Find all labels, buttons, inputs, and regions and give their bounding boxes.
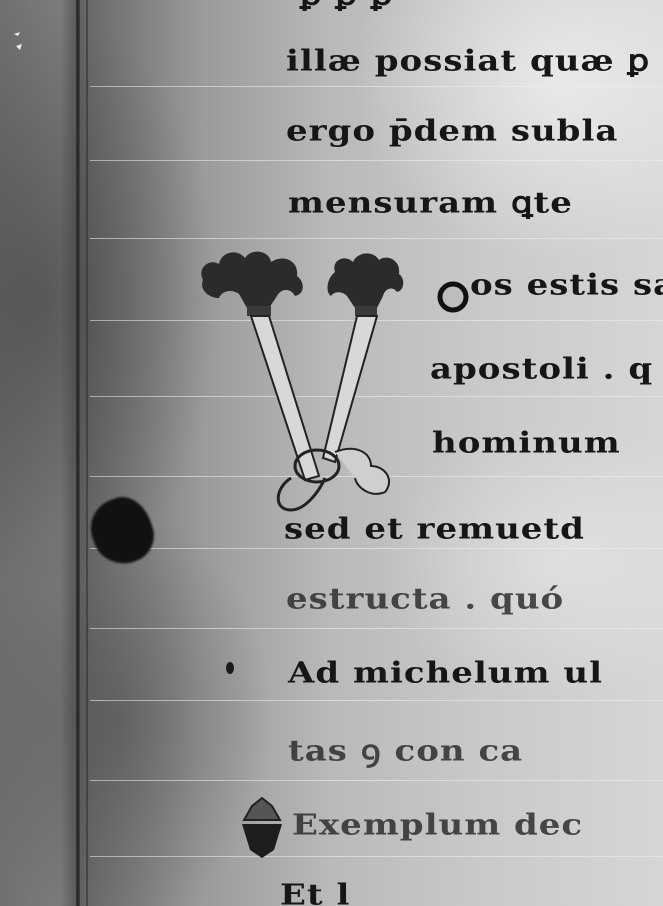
manuscript-line-9: Ad michelum ul (288, 656, 603, 690)
manuscript-line-7: sed et remuetd (284, 512, 585, 546)
corner-mark-icon (12, 30, 26, 56)
ink-spot (226, 662, 234, 674)
ink-blot (83, 490, 162, 573)
manuscript-line-8: estructa . quó (286, 582, 564, 616)
ruling-line (90, 628, 663, 629)
manuscript-line-5: apostoli . q (430, 352, 653, 386)
binding-fold (76, 0, 80, 906)
manuscript-line-6: hominum (432, 426, 621, 460)
ruling-line (90, 780, 663, 781)
ruling-line (90, 160, 663, 161)
manuscript-line-3: mensuram ꝗte (288, 186, 573, 220)
ruling-line (90, 238, 663, 239)
binding-fold-edge (86, 0, 88, 906)
small-initial-icon (238, 796, 286, 860)
ruling-line (90, 86, 663, 87)
manuscript-line-11: Exemplum dec (292, 808, 583, 842)
manuscript-line-4: os estis sa (470, 268, 663, 302)
manuscript-line-1: illæ possiat quæ ꝑ (286, 44, 650, 78)
manuscript-line-10: tas ꝯ con ca (288, 730, 523, 769)
ruling-line (90, 548, 663, 549)
manuscript-page: ꝑ ꝑ ꝑ illæ possiat quæ ꝑ ergo p̄dem subl… (0, 0, 663, 906)
manuscript-line-12: Et l (280, 878, 350, 906)
manuscript-line-0: ꝑ ꝑ ꝑ (300, 0, 393, 12)
ruling-line (90, 856, 663, 857)
manuscript-line-2: ergo p̄dem subla (286, 114, 618, 148)
decorated-initial-v-icon (195, 248, 405, 523)
letter-o-ring-icon (436, 280, 470, 314)
ruling-line (90, 700, 663, 701)
